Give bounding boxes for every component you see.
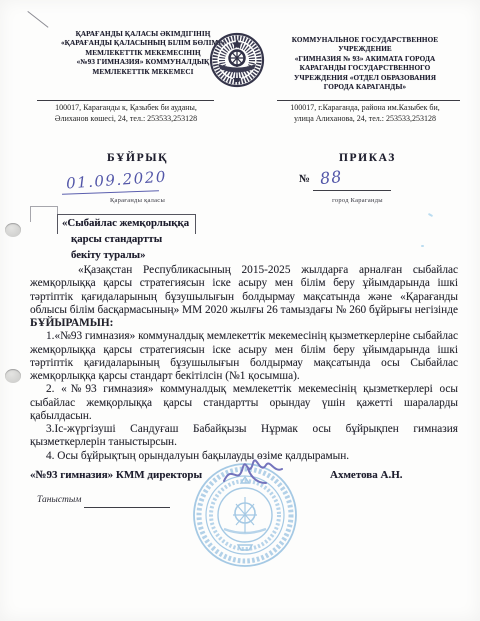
intro-directive-word: БҰЙЫРАМЫН: <box>30 317 113 329</box>
org-ru-line: КАРАГАНДЫ ГОСУДАРСТВЕННОГО <box>266 64 464 73</box>
org-ru-line: УЧРЕЖДЕНИЯ «ОТДЕЛ ОБРАЗОВАНИЯ <box>266 74 464 83</box>
order-item-2: 2. «№93 гимназия» коммуналдық мемлекетті… <box>30 383 458 423</box>
punch-hole-bottom <box>5 369 21 383</box>
round-seal-stamp-icon <box>186 453 306 575</box>
kazakhstan-coat-of-arms-icon <box>208 31 266 89</box>
intro-text: «Қазақстан Республикасының 2015-2025 жыл… <box>30 264 458 316</box>
org-kk-line: «ҚАРАҒАНДЫ ҚАЛАСЫНЫҢ БІЛІМ БӨЛІМІ» <box>52 39 234 48</box>
org-ru-line: УЧРЕЖДЕНИЕ <box>266 45 464 54</box>
handwritten-date: 01.09.2020 <box>65 168 167 193</box>
number-underline <box>313 190 391 191</box>
order-subject: «Сыбайлас жемқорлыққа қарсы стандартты б… <box>62 216 212 263</box>
address-kk-line: 100017, Карағанды к, Қазыбек би ауданы, <box>28 103 224 114</box>
order-number-prefix: № <box>299 173 310 185</box>
left-address-divider <box>37 100 214 101</box>
order-title-russian: ПРИКАЗ <box>290 152 445 164</box>
address-ru-line: улица Алиханова, 24, тел.: 253533,253128 <box>266 114 464 125</box>
address-kk-line: Әлиханов көшесі, 24, тел.: 253533,253128 <box>28 114 224 125</box>
order-item-1: 1.«№93 гимназия» коммуналдық мемлекеттік… <box>30 330 458 383</box>
order-title-kazakh: БҰЙРЫҚ <box>60 152 215 164</box>
org-name-russian: КОММУНАЛЬНОЕ ГОСУДАРСТВЕННОЕ УЧРЕЖДЕНИЕ … <box>266 36 464 92</box>
org-ru-line: ГОРОДА КАРАГАНДЫ» <box>266 83 464 92</box>
acknowledged-underline <box>84 507 170 508</box>
director-position-label: «№93 гимназия» КММ директоры <box>30 469 202 481</box>
subject-line: қарсы стандартты <box>71 232 212 248</box>
org-name-kazakh: ҚАРАҒАНДЫ ҚАЛАСЫ ӘКІМДІГІНІҢ «ҚАРАҒАНДЫ … <box>52 30 234 77</box>
punch-hole-top <box>5 223 21 237</box>
subject-line: «Сыбайлас жемқорлыққа <box>62 216 212 232</box>
right-address-divider <box>277 100 460 101</box>
director-name: Ахметова А.Н. <box>330 469 403 481</box>
subject-line: бекіту туралы» <box>71 248 212 264</box>
address-russian: 100017, г.Караганда, района им.Казыбек б… <box>266 103 464 125</box>
scanned-order-page: ҚАРАҒАНДЫ ҚАЛАСЫ ӘКІМДІГІНІҢ «ҚАРАҒАНДЫ … <box>0 0 480 621</box>
scan-speck <box>421 245 424 247</box>
address-kazakh: 100017, Карағанды к, Қазыбек би ауданы, … <box>28 103 224 125</box>
city-label-kazakh: Қарағанды қаласы <box>60 197 215 204</box>
order-item-3: 3.Іс-жүргізуші Сандуғаш Бабайқызы Нұрмак… <box>30 423 458 450</box>
org-kk-line: ҚАРАҒАНДЫ ҚАЛАСЫ ӘКІМДІГІНІҢ <box>52 30 234 39</box>
order-body: «Қазақстан Республикасының 2015-2025 жыл… <box>30 264 458 463</box>
org-ru-line: КОММУНАЛЬНОЕ ГОСУДАРСТВЕННОЕ <box>266 36 464 45</box>
scan-bracket-artifact <box>30 206 58 222</box>
acknowledged-label: Таныстым <box>37 495 81 505</box>
address-ru-line: 100017, г.Караганда, района им.Казыбек б… <box>266 103 464 114</box>
order-intro-paragraph: «Қазақстан Республикасының 2015-2025 жыл… <box>30 264 458 330</box>
handwritten-order-number: 88 <box>319 167 343 188</box>
scan-speck <box>428 213 433 217</box>
org-ru-line: «ГИМНАЗИЯ № 93» АКИМАТА ГОРОДА <box>266 55 464 64</box>
scan-scratch-mark <box>27 11 48 28</box>
org-kk-line: МЕМЛЕКЕТТІК МЕКЕМЕСІНІҢ <box>52 49 234 58</box>
org-kk-line: МЕМЛЕКЕТТІК МЕКЕМЕСІ <box>52 68 234 77</box>
org-kk-line: «№93 ГИМНАЗИЯ» КОММУНАЛДЫҚ <box>52 58 234 67</box>
city-label-russian: город Караганды <box>290 197 425 204</box>
